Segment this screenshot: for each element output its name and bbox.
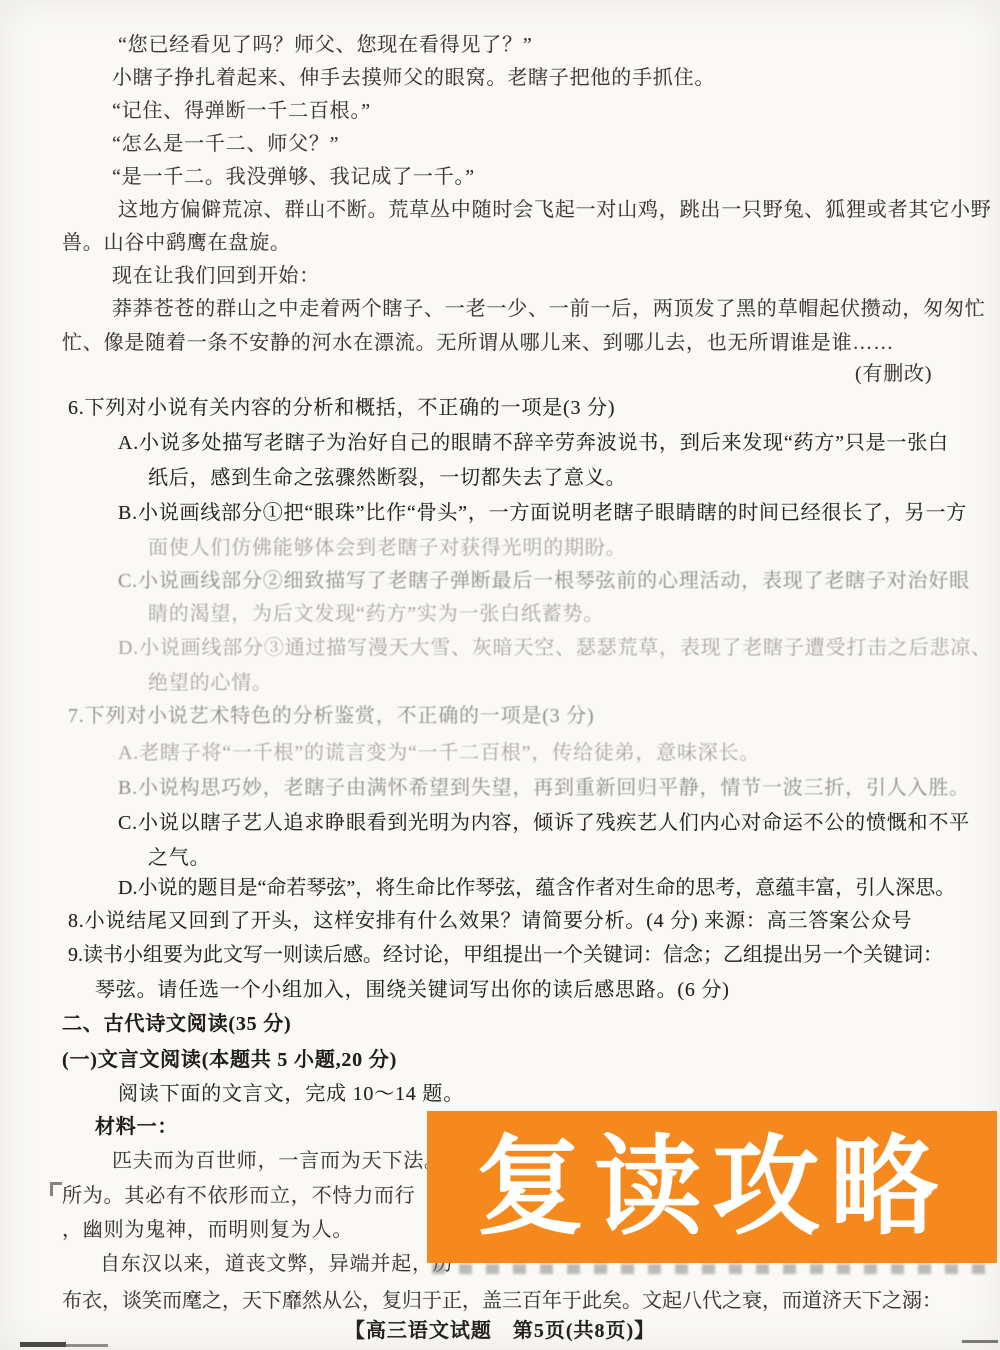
passage-quote-4: “是一千二。我没弹够、我记成了一千。” <box>112 160 475 189</box>
passage-line: 兽。山谷中鹞鹰在盘旋。 <box>62 226 291 255</box>
classical-line-2: 所为。其必有不依形而立，不恃力而行 <box>62 1179 416 1208</box>
option-6D-line2: 绝望的心情。 <box>148 666 273 695</box>
question-9-line1: 9.读书小组要为此文写一则读后感。经讨论，甲组提出一个关键词：信念；乙组提出另一… <box>68 938 943 967</box>
subsection-heading: (一)文言文阅读(本题共 5 小题,20 分) <box>62 1043 397 1072</box>
passage-quote-2: “记住、得弹断一千二百根。” <box>112 94 371 123</box>
option-6B-line1: B.小说画线部分①把“眼珠”比作“骨头”，一方面说明老瞎子眼睛瞎的时间已经很长了… <box>118 496 967 525</box>
option-7B: B.小说构思巧妙，老瞎子由满怀希望到失望，再到重新回归平静，情节一波三折，引人入… <box>118 771 970 800</box>
classical-line-1: 匹夫而为百世师，一言而为天下法。 <box>112 1144 445 1173</box>
passage-quote-1: “您已经看见了吗？师父、您现在看得见了？” <box>118 28 533 57</box>
option-7A: A.老瞎子将“一千根”的谎言变为“一千二百根”，传给徒弟，意味深长。 <box>118 736 760 765</box>
option-6A-line2: 纸后，感到生命之弦骤然断裂，一切都失去了意义。 <box>148 461 626 490</box>
option-6C-line2: 睛的渴望，为后文发现“药方”实为一张白纸蓄势。 <box>148 597 604 626</box>
promo-banner-text: 复读攻略 <box>476 1133 948 1241</box>
option-7C-line2: 之气。 <box>148 841 210 870</box>
classical-line-3: ，幽则为鬼神，而明则复为人。 <box>62 1213 353 1242</box>
passage-line: 这地方偏僻荒凉、群山不断。荒草丛中随时会飞起一对山鸡，跳出一只野兔、狐狸或者其它… <box>118 193 992 222</box>
question-6-stem: 6.下列对小说有关内容的分析和概括，不正确的一项是(3 分) <box>68 391 615 420</box>
passage-line: 莽莽苍苍的群山之中走着两个瞎子、一老一少、一前一后，两顶发了黑的草帽起伏攒动，匆… <box>112 292 986 321</box>
passage-line: 忙、像是随着一条不安静的河水在漂流。无所谓从哪儿来、到哪儿去，也无所谓谁是谁…… <box>62 326 894 355</box>
page-footer: 【高三语文试题 第5页(共8页)】 <box>0 1314 1000 1343</box>
classical-line-5: 布衣，谈笑而麾之，天下靡然从公，复归于正，盖三百年于此矣。文起八代之衰，而道济天… <box>62 1284 942 1313</box>
classical-line-4: 自东汉以来，道丧文弊，异端并起，历 <box>100 1247 454 1276</box>
option-7C-line1: C.小说以瞎子艺人追求睁眼看到光明为内容，倾诉了残疾艺人们内心对命运不公的愤慨和… <box>118 806 970 835</box>
passage-line: 小瞎子挣扎着起来、伸手去摸师父的眼窝。老瞎子把他的手抓住。 <box>112 61 715 90</box>
section-2-heading: 二、古代诗文阅读(35 分) <box>62 1007 292 1036</box>
question-9-line2: 琴弦。请任选一个小组加入，围绕关键词写出你的读后感思路。(6 分) <box>95 973 730 1002</box>
scan-mark-bottom-left-2 <box>66 1344 108 1347</box>
material-1-label: 材料一： <box>95 1110 178 1139</box>
option-6C-line1: C.小说画线部分②细致描写了老瞎子弹断最后一根琴弦前的心理活动，表现了老瞎子对治… <box>118 564 970 593</box>
option-7D: D.小说的题目是“命若琴弦”，将生命比作琴弦，蕴含作者对生命的思考，意蕴丰富，引… <box>118 871 955 900</box>
scan-mark-bottom-left-1 <box>20 1342 66 1347</box>
exam-page: “您已经看见了吗？师父、您现在看得见了？”小瞎子挣扎着起来、伸手去摸师父的眼窝。… <box>0 0 1000 1350</box>
instruction-line: 阅读下面的文言文，完成 10～14 题。 <box>118 1077 464 1106</box>
question-7-stem: 7.下列对小说艺术特色的分析鉴赏，不正确的一项是(3 分) <box>68 699 595 728</box>
option-6D-line1: D.小说画线部分③通过描写漫天大雪、灰暗天空、瑟瑟荒草，表现了老瞎子遭受打击之后… <box>118 631 992 660</box>
scan-mark-bottom-right <box>962 1340 998 1343</box>
passage-line: 现在让我们回到开始： <box>112 259 320 288</box>
clipped-text-remnant <box>432 1264 994 1274</box>
option-6A-line1: A.小说多处描写老瞎子为治好自己的眼睛不辞辛劳奔波说书，到后来发现“药方”只是一… <box>118 426 949 455</box>
scan-artifact-bracket <box>50 1182 62 1185</box>
passage-quote-3: “怎么是一千二、师父？” <box>112 127 339 156</box>
promo-banner: 复读攻略 <box>427 1111 997 1263</box>
edit-note: (有删改) <box>855 357 932 386</box>
question-8: 8.小说结尾又回到了开头，这样安排有什么效果？请简要分析。(4 分) 来源：高三… <box>68 904 912 933</box>
option-6B-line2: 面使人们仿佛能够体会到老瞎子对获得光明的期盼。 <box>148 531 626 560</box>
